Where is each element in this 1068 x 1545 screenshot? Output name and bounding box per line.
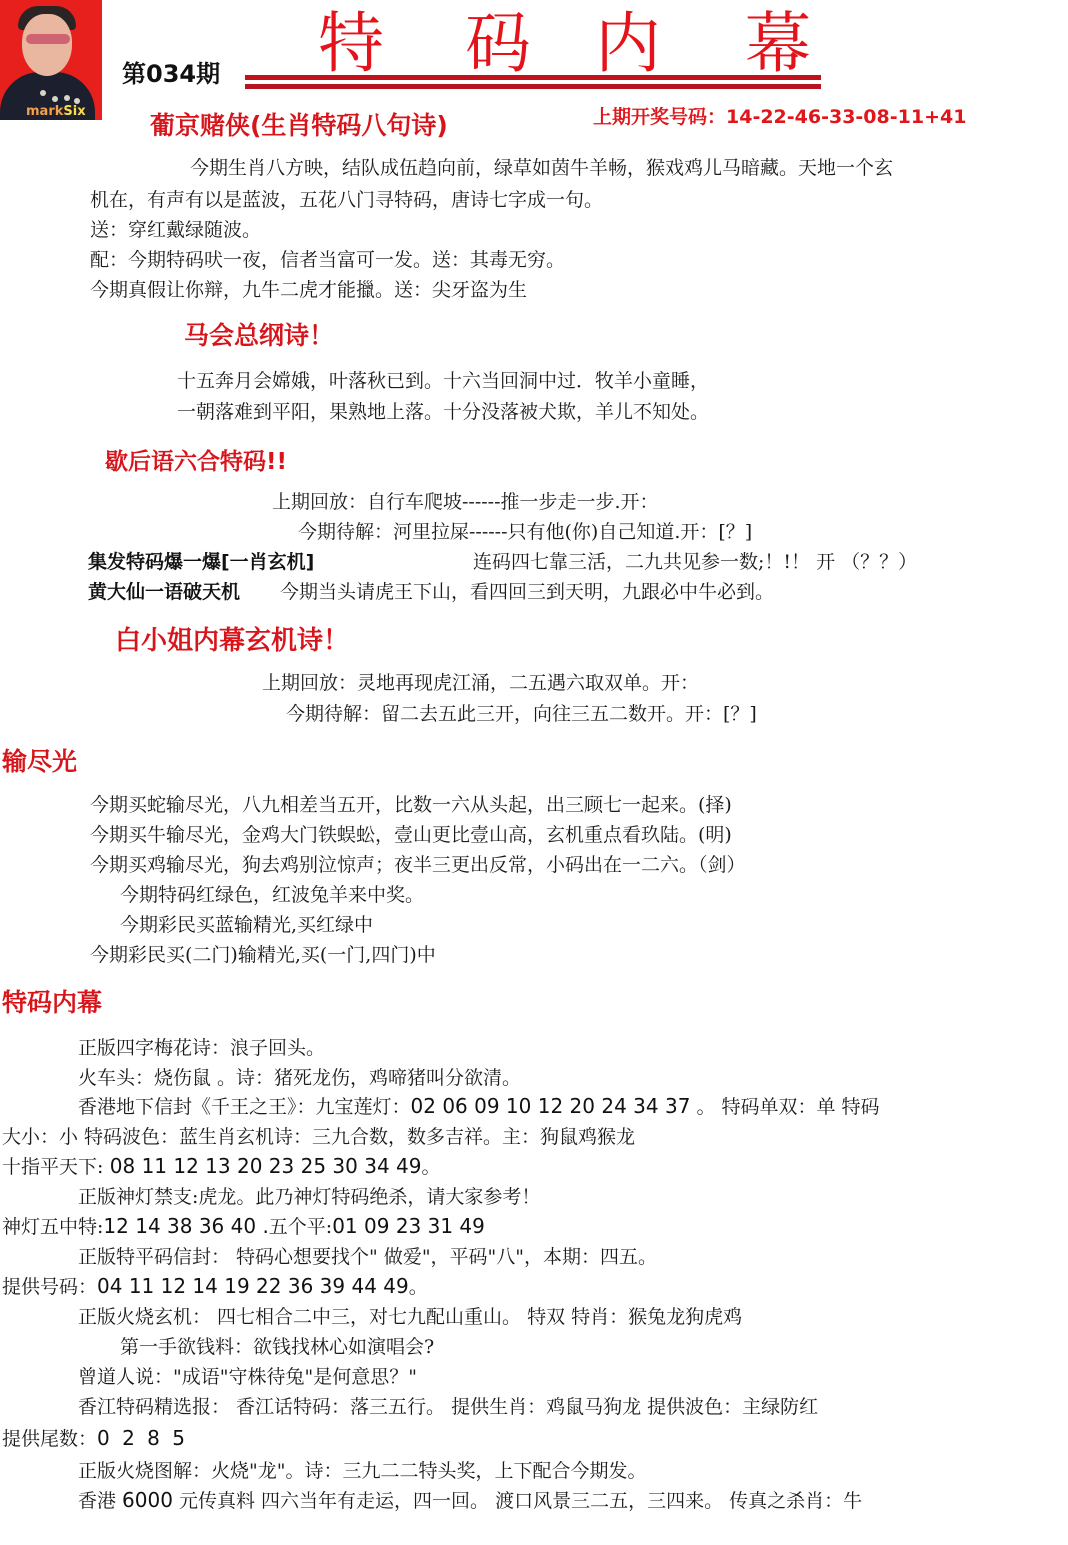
- shujinguang-line: 今期彩民买(二门)输精光,买(一门,四门)中: [90, 940, 436, 967]
- poem-line: 送：穿红戴绿随波。: [90, 215, 261, 242]
- page-title: 特 码 内 幕: [240, 4, 820, 94]
- text-span: 。: [409, 1276, 428, 1298]
- xiehouyu-last-review: 上期回放：自行车爬坡------推一步走一步.开：: [272, 487, 659, 514]
- author-photo: markSix: [0, 0, 102, 120]
- xiehouyu-this-issue: 今期待解：河里拉屎------只有他(你)自己知道.开：[？]: [298, 517, 752, 544]
- title-char: 内: [595, 4, 661, 84]
- photo-face: [22, 14, 72, 76]
- shujinguang-line: 今期买鸡输尽光，狗去鸡别泣惊声；夜半三更出反常，小码出在一二六。（剑）: [90, 850, 746, 877]
- photo-button-dot: [52, 96, 58, 102]
- bai-last-review: 上期回放：灵地再现虎江涌，二五遇六取双单。开：: [262, 668, 699, 695]
- section-heading-xiehouyu: 歇后语六合特码!!: [105, 443, 287, 476]
- tema-line: 十指平天下: 08 11 12 13 20 23 25 30 34 49。: [2, 1152, 441, 1179]
- text-span: 。: [421, 1156, 440, 1178]
- title-char: 码: [465, 4, 531, 84]
- poem-line: 今期真假让你辩，九牛二虎才能擸。送：尖牙盗为生: [90, 275, 527, 302]
- last-draw-numbers: 上期开奖号码：14-22-46-33-08-11+41: [593, 102, 966, 129]
- title-underline-top: [245, 75, 821, 80]
- poem-line: 配：今期特码吠一夜，信者当富可一发。送：其毒无穷。: [90, 245, 565, 272]
- tema-line: 神灯五中特:12 14 38 36 40 .五个平:01 09 23 31 49: [2, 1212, 485, 1239]
- section-heading-shujinguang: 输尽光: [2, 742, 77, 778]
- shujinguang-line: 今期买蛇输尽光，八九相差当五开，比数一六从头起，出三顾七一起来。(择): [90, 790, 732, 817]
- huang-label: 黄大仙一语破天机: [88, 577, 240, 604]
- tema-line: 火车头：烧伤鼠 。诗：猪死龙伤，鸡啼猪叫分欲清。: [78, 1063, 521, 1090]
- mahui-line: 一朝落难到平阳，果熟地上落。十分没落被犬欺，羊儿不知处。: [177, 397, 709, 424]
- section-heading-pujing: 葡京赌侠(生肖特码八句诗): [150, 106, 448, 142]
- photo-glasses: [26, 34, 70, 44]
- jifa-text: 连码四七靠三活，二九共见参一数;！!！ 开 （？？）: [473, 547, 917, 574]
- tema-line: 正版四字梅花诗：浪子回头。: [78, 1033, 325, 1060]
- number-value: 6000: [122, 1488, 173, 1512]
- poem-line: 今期生肖八方映，结队成伍趋向前，绿草如茵牛羊畅，猴戏鸡儿马暗藏。天地一个玄: [190, 153, 893, 180]
- poem-line: 机在，有声有以是蓝波，五花八门寻特码，唐诗七字成一句。: [90, 185, 603, 212]
- tema-line: 曾道人说："成语"守株待兔"是何意思？": [78, 1362, 417, 1389]
- text-span: 香港地下信封《千王之王》：九宝莲灯：: [78, 1096, 411, 1118]
- number-list: 04 11 12 14 19 22 36 39 44 49: [97, 1274, 409, 1298]
- tema-line: 香江特码精选报： 香江话特码：落三五行。 提供生肖：鸡鼠马狗龙 提供波色：主绿防…: [78, 1392, 818, 1419]
- number-list: 12 14 38 36 40 .: [103, 1214, 268, 1238]
- tema-line: 第一手欲钱料：欲钱找林心如演唱会?: [120, 1332, 434, 1359]
- shujinguang-line: 今期特码红绿色，红波兔羊来中奖。: [120, 880, 424, 907]
- tema-line: 正版火烧玄机： 四七相合二中三，对七九配山重山。 特双 特肖：猴兔龙狗虎鸡: [78, 1302, 742, 1329]
- tema-line: 提供尾数：0 2 8 5: [2, 1424, 188, 1451]
- tema-line: 正版特平码信封： 特码心想要找个" 做爱"，平码"八"，本期：四五。: [78, 1242, 657, 1269]
- bai-this-issue: 今期待解：留二去五此三开，向往三五二数开。开：[？]: [286, 699, 757, 726]
- text-span: 神灯五中特:: [2, 1216, 103, 1238]
- title-char: 幕: [745, 4, 811, 84]
- tema-line: 正版神灯禁支:虎龙。此乃神灯特码绝杀，请大家参考！: [78, 1182, 540, 1209]
- title-underline-bottom: [245, 84, 821, 89]
- tema-line: 香港地下信封《千王之王》：九宝莲灯：02 06 09 10 12 20 24 3…: [78, 1092, 880, 1119]
- text-span: 五个平:: [269, 1216, 332, 1238]
- section-heading-bai: 白小姐内幕玄机诗！: [115, 620, 349, 657]
- section-heading-temaneimu: 特码内幕: [2, 983, 102, 1019]
- mahui-line: 十五奔月会嫦娥，叶落秋已到。十六当回洞中过．牧羊小童睡，: [177, 366, 709, 393]
- section-heading-mahui: 马会总纲诗！: [184, 316, 334, 352]
- huang-text: 今期当头请虎王下山，看四回三到天明，九跟必中牛必到。: [280, 577, 774, 604]
- tema-line: 香港 6000 元传真料 四六当年有走运，四一回。 渡口风景三二五，三四来。 传…: [78, 1486, 862, 1513]
- tema-line: 大小：小 特码波色：蓝生肖玄机诗：三九合数，数多吉祥。主：狗鼠鸡猴龙: [2, 1122, 635, 1149]
- shujinguang-line: 今期买牛输尽光，金鸡大门铁蜈蚣，壹山更比壹山高，玄机重点看玖陆。(明): [90, 820, 732, 847]
- text-span: 提供号码：: [2, 1276, 97, 1298]
- marksix-logo: markSix: [26, 104, 86, 119]
- tema-line: 提供号码：04 11 12 14 19 22 36 39 44 49。: [2, 1272, 428, 1299]
- jifa-label: 集发特码爆一爆[一肖玄机]: [88, 547, 314, 574]
- text-span: 。 特码单双：单 特码: [690, 1096, 879, 1118]
- text-span: 元传真料 四六当年有走运，四一回。 渡口风景三二五，三四来。 传真之杀肖：牛: [173, 1490, 862, 1512]
- text-span: 提供尾数：: [2, 1428, 97, 1450]
- photo-button-dot: [40, 90, 46, 96]
- text-span: 十指平天下:: [2, 1156, 103, 1178]
- number-list: 02 06 09 10 12 20 24 34 37: [411, 1094, 691, 1118]
- photo-button-dot: [64, 95, 70, 101]
- number-list: 0 2 8 5: [97, 1426, 188, 1450]
- issue-number: 第034期: [122, 54, 220, 89]
- number-list: 01 09 23 31 49: [332, 1214, 485, 1238]
- tema-line: 正版火烧图解：火烧"龙"。诗：三九二二特头奖，上下配合今期发。: [78, 1456, 646, 1483]
- shujinguang-line: 今期彩民买蓝输精光,买红绿中: [120, 910, 373, 937]
- text-span: 香港: [78, 1490, 122, 1512]
- title-char: 特: [318, 4, 384, 84]
- number-list: 08 11 12 13 20 23 25 30 34 49: [103, 1154, 421, 1178]
